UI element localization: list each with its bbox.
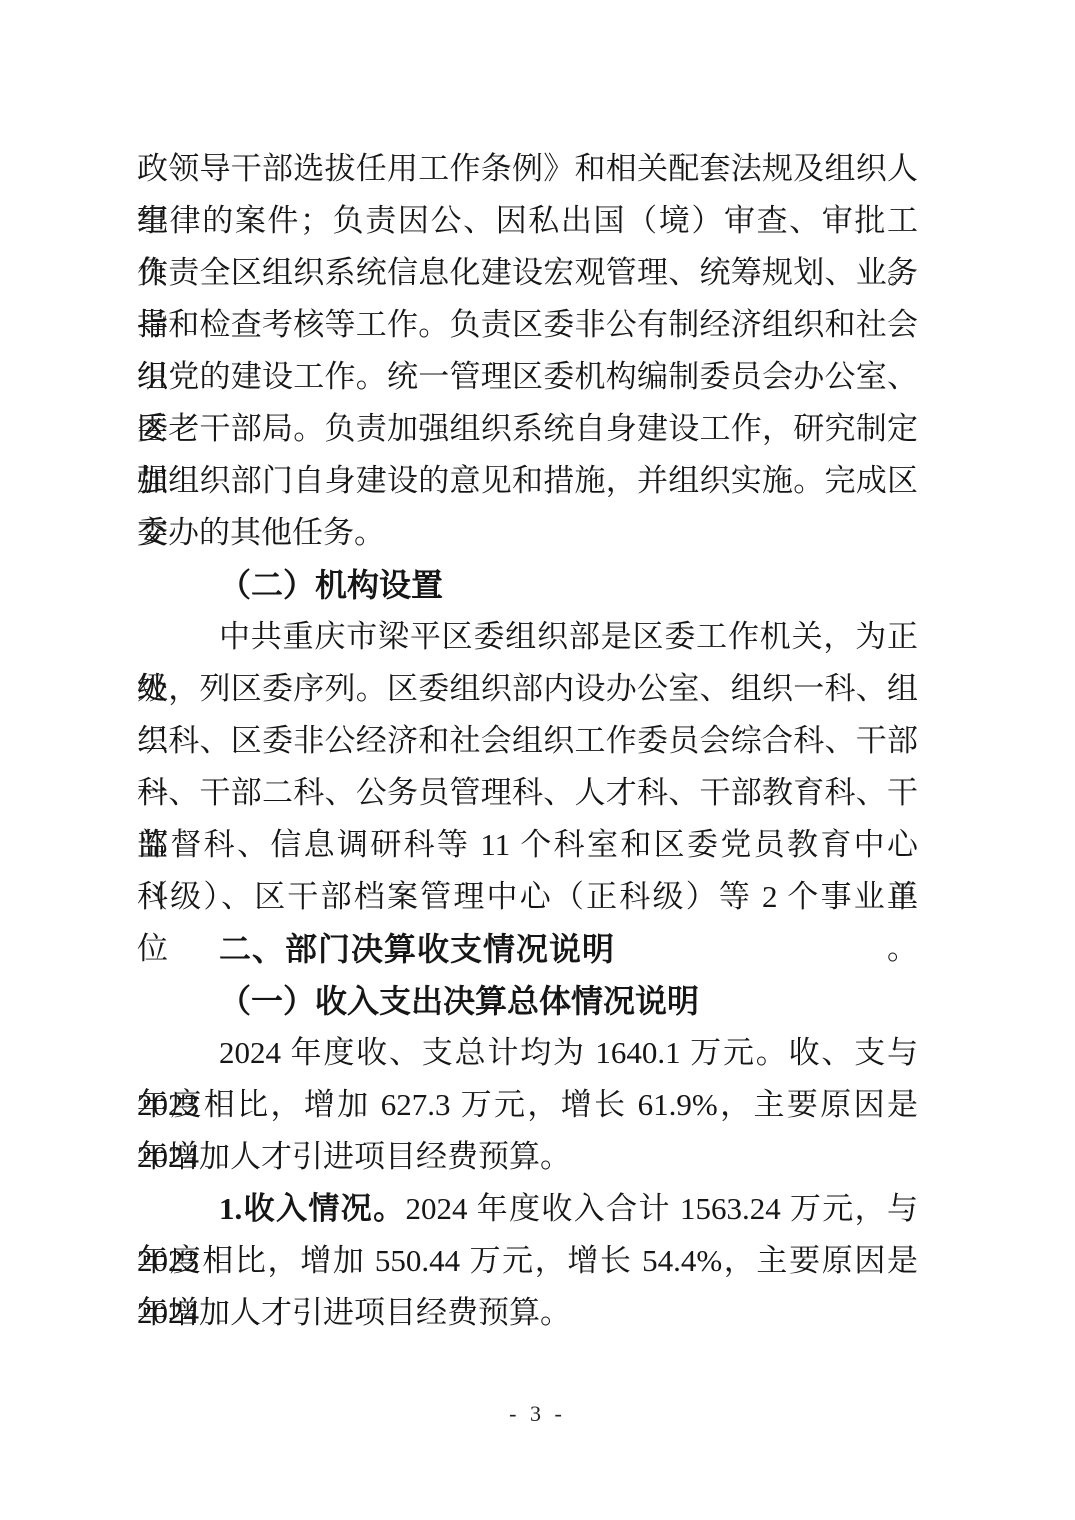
text-line: 委老干部局。负责加强组织系统自身建设工作，研究制定加 <box>137 403 918 455</box>
text-line: 科级）、区干部档案管理中心（正科级）等 2 个事业单位。 <box>137 871 918 923</box>
text-line: 2024 年度收、支总计均为 1640.1 万元。收、支与 2023 <box>137 1027 918 1079</box>
text-line: 负责全区组织系统信息化建设宏观管理、统筹规划、业务指 <box>137 247 918 299</box>
document-page: 政领导干部选拔任用工作条例》和相关配套法规及组织人事 纪律的案件；负责因公、因私… <box>0 0 1075 1520</box>
text-line: 纪律的案件；负责因公、因私出国（境）审查、审批工作。 <box>137 195 918 247</box>
text-line: 导和检查考核等工作。负责区委非公有制经济组织和社会组 <box>137 299 918 351</box>
text-line: 交办的其他任务。 <box>137 507 918 559</box>
text-line: 监督科、信息调研科等 11 个科室和区委党员教育中心（正 <box>137 819 918 871</box>
paragraph-income: 1.收入情况。2024 年度收入合计 1563.24 万元，与 2023 年度相… <box>137 1183 918 1339</box>
text-line: 1.收入情况。2024 年度收入合计 1563.24 万元，与 2023 <box>137 1183 918 1235</box>
heading-subsection-2-1: （一）收入支出决算总体情况说明 <box>137 975 918 1027</box>
heading-org-setup: （二）机构设置 <box>137 559 918 611</box>
income-lead-label: 1.收入情况。 <box>219 1191 406 1226</box>
document-body: 政领导干部选拔任用工作条例》和相关配套法规及组织人事 纪律的案件；负责因公、因私… <box>137 143 918 1339</box>
text-line: 年增加人才引进项目经费预算。 <box>137 1131 918 1183</box>
text-line: 织党的建设工作。统一管理区委机构编制委员会办公室、区 <box>137 351 918 403</box>
paragraph-duties: 政领导干部选拔任用工作条例》和相关配套法规及组织人事 纪律的案件；负责因公、因私… <box>137 143 918 559</box>
page-number: - 3 - <box>0 1401 1075 1427</box>
text-line: 二科、区委非公经济和社会组织工作委员会综合科、干部一 <box>137 715 918 767</box>
text-line: 级，列区委序列。区委组织部内设办公室、组织一科、组织 <box>137 663 918 715</box>
text-line: 强组织部门自身建设的意见和措施，并组织实施。完成区委 <box>137 455 918 507</box>
text-line: 年度相比，增加 550.44 万元，增长 54.4%，主要原因是 2024 <box>137 1235 918 1287</box>
text-line: 年度相比，增加 627.3 万元，增长 61.9%，主要原因是 2024 <box>137 1079 918 1131</box>
paragraph-organization: 中共重庆市梁平区委组织部是区委工作机关，为正处 级，列区委序列。区委组织部内设办… <box>137 611 918 923</box>
paragraph-total-budget: 2024 年度收、支总计均为 1640.1 万元。收、支与 2023 年度相比，… <box>137 1027 918 1183</box>
text-line: 中共重庆市梁平区委组织部是区委工作机关，为正处 <box>137 611 918 663</box>
text-line: 科、干部二科、公务员管理科、人才科、干部教育科、干部 <box>137 767 918 819</box>
text-line: 年增加人才引进项目经费预算。 <box>137 1287 918 1339</box>
text-line: 政领导干部选拔任用工作条例》和相关配套法规及组织人事 <box>137 143 918 195</box>
